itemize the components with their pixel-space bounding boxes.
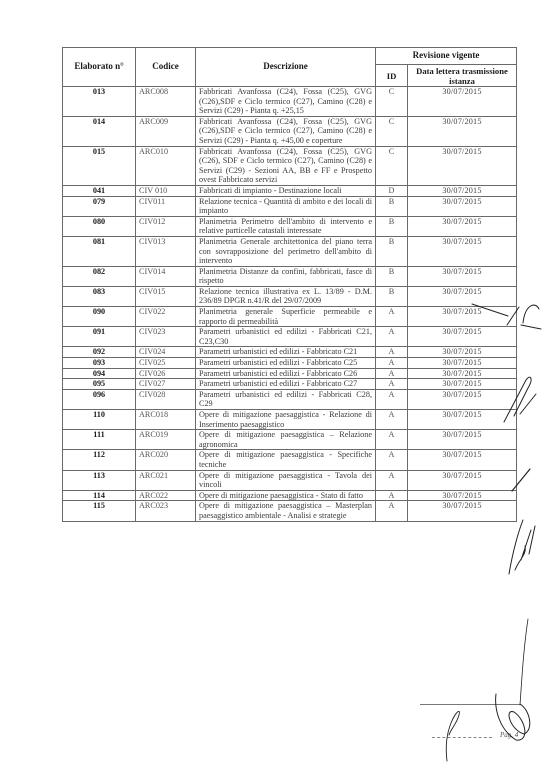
table-row: 083CIV015Relazione tecnica illustrativa … (63, 286, 517, 306)
table-row: 041CIV 010Fabbricati di impianto - Desti… (63, 185, 517, 196)
cell-codice: ARC023 (136, 501, 196, 521)
header-elaborato: Elaborato n° (63, 48, 136, 87)
cell-codice: CIV011 (136, 196, 196, 216)
margin-initials-1 (505, 295, 542, 335)
cell-codice: CIV015 (136, 286, 196, 306)
table-row: 110ARC018Opere di mitigazione paesaggist… (63, 410, 517, 430)
cell-revision-id: A (376, 358, 408, 369)
cell-descrizione: Opere di mitigazione paesaggistica – Rel… (196, 430, 376, 450)
cell-elaborato: 013 (63, 87, 136, 117)
cell-codice: ARC010 (136, 146, 196, 185)
cell-elaborato: 014 (63, 116, 136, 146)
cell-descrizione: Parametri urbanistici ed edilizi - Fabbr… (196, 347, 376, 358)
cell-data-lettera: 30/07/2015 (408, 358, 517, 369)
table-row: 013ARC008Fabbricati Avanfossa (C24), Fos… (63, 87, 517, 117)
cell-descrizione: Opere di mitigazione paesaggistica - Sta… (196, 490, 376, 501)
table-row: 113ARC021Opere di mitigazione paesaggist… (63, 470, 517, 490)
cell-codice: CIV012 (136, 216, 196, 236)
cell-elaborato: 082 (63, 266, 136, 286)
cell-revision-id: A (376, 430, 408, 450)
cell-data-lettera: 30/07/2015 (408, 501, 517, 521)
cell-codice: ARC008 (136, 87, 196, 117)
cell-elaborato: 015 (63, 146, 136, 185)
cell-descrizione: Parametri urbanistici ed edilizi - Fabbr… (196, 358, 376, 369)
cell-revision-id: B (376, 216, 408, 236)
cell-elaborato: 083 (63, 286, 136, 306)
cell-elaborato: 092 (63, 347, 136, 358)
cell-descrizione: Fabbricati Avanfossa (C24), Fossa (C25),… (196, 116, 376, 146)
cell-codice: ARC019 (136, 430, 196, 450)
cell-codice: ARC022 (136, 490, 196, 501)
cell-data-lettera: 30/07/2015 (408, 236, 517, 266)
table-body: 013ARC008Fabbricati Avanfossa (C24), Fos… (63, 87, 517, 522)
cell-data-lettera: 30/07/2015 (408, 450, 517, 470)
cell-codice: ARC009 (136, 116, 196, 146)
cell-descrizione: Fabbricati Avanfossa (C24), Fossa (C25),… (196, 146, 376, 185)
margin-signature-2 (500, 370, 540, 430)
cell-revision-id: A (376, 327, 408, 347)
table-row: 080CIV012Planimetria Perimetro dell'ambi… (63, 216, 517, 236)
cell-descrizione: Relazione tecnica - Quantità di ambito e… (196, 196, 376, 216)
cell-revision-id: A (376, 307, 408, 327)
cell-revision-id: A (376, 379, 408, 390)
cell-elaborato: 081 (63, 236, 136, 266)
cell-elaborato: 113 (63, 470, 136, 490)
cell-elaborato: 094 (63, 368, 136, 379)
cell-descrizione: Parametri urbanistici ed edilizi - Fabbr… (196, 389, 376, 409)
cell-revision-id: A (376, 410, 408, 430)
table-row: 093CIV025Parametri urbanistici ed ediliz… (63, 358, 517, 369)
cell-revision-id: A (376, 368, 408, 379)
cell-data-lettera: 30/07/2015 (408, 430, 517, 450)
cell-descrizione: Parametri urbanistici ed edilizi - Fabbr… (196, 379, 376, 390)
table-row: 092CIV024Parametri urbanistici ed ediliz… (63, 347, 517, 358)
cell-descrizione: Opere di mitigazione paesaggistica – Mas… (196, 501, 376, 521)
cell-revision-id: B (376, 286, 408, 306)
cell-elaborato: 093 (63, 358, 136, 369)
header-descrizione: Descrizione (196, 48, 376, 87)
cell-elaborato: 091 (63, 327, 136, 347)
cell-revision-id: B (376, 266, 408, 286)
cell-revision-id: B (376, 236, 408, 266)
cell-elaborato: 112 (63, 450, 136, 470)
cell-codice: CIV026 (136, 368, 196, 379)
table-row: 090CIV022Planimetria generale Superficie… (63, 307, 517, 327)
cell-descrizione: Planimetria Generale architettonica del … (196, 236, 376, 266)
cell-elaborato: 080 (63, 216, 136, 236)
cell-data-lettera: 30/07/2015 (408, 87, 517, 117)
table-row: 014ARC009Fabbricati Avanfossa (C24), Fos… (63, 116, 517, 146)
cell-revision-id: C (376, 146, 408, 185)
cell-elaborato: 111 (63, 430, 136, 450)
cell-elaborato: 114 (63, 490, 136, 501)
cell-data-lettera: 30/07/2015 (408, 146, 517, 185)
cell-revision-id: A (376, 470, 408, 490)
cell-codice: CIV013 (136, 236, 196, 266)
cell-descrizione: Parametri urbanistici ed edilizi - Fabbr… (196, 368, 376, 379)
cell-data-lettera: 30/07/2015 (408, 185, 517, 196)
cell-descrizione: Opere di mitigazione paesaggistica - Spe… (196, 450, 376, 470)
cell-elaborato: 115 (63, 501, 136, 521)
cell-elaborato: 090 (63, 307, 136, 327)
table-row: 114ARC022Opere di mitigazione paesaggist… (63, 490, 517, 501)
cell-elaborato: 041 (63, 185, 136, 196)
table-row: 095CIV027Parametri urbanistici ed ediliz… (63, 379, 517, 390)
table-row: 082CIV014Planimetria Distanze da confini… (63, 266, 517, 286)
cell-elaborato: 110 (63, 410, 136, 430)
cell-data-lettera: 30/07/2015 (408, 347, 517, 358)
cell-revision-id: A (376, 450, 408, 470)
table-row: 081CIV013Planimetria Generale architetto… (63, 236, 517, 266)
cell-codice: CIV023 (136, 327, 196, 347)
header-codice: Codice (136, 48, 196, 87)
cell-descrizione: Opere di mitigazione paesaggistica - Rel… (196, 410, 376, 430)
cell-data-lettera: 30/07/2015 (408, 327, 517, 347)
cell-data-lettera: 30/07/2015 (408, 470, 517, 490)
drawings-revision-table: Elaborato n° Codice Descrizione Revision… (62, 47, 517, 522)
cell-revision-id: A (376, 389, 408, 409)
cell-descrizione: Planimetria generale Superficie permeabi… (196, 307, 376, 327)
header-id: ID (376, 65, 408, 87)
margin-dash-mark (508, 465, 538, 495)
cell-descrizione: Opere di mitigazione paesaggistica - Tav… (196, 470, 376, 490)
header-revisione-vigente: Revisione vigente (376, 48, 517, 65)
table-row: 091CIV023Parametri urbanistici ed ediliz… (63, 327, 517, 347)
footer-initial (435, 705, 465, 765)
cell-codice: CIV028 (136, 389, 196, 409)
cell-codice: CIV014 (136, 266, 196, 286)
table-row: 111ARC019Opere di mitigazione paesaggist… (63, 430, 517, 450)
cell-revision-id: C (376, 87, 408, 117)
arrow-mark (470, 300, 510, 320)
cell-descrizione: Relazione tecnica illustrativa ex L. 13/… (196, 286, 376, 306)
cell-codice: CIV025 (136, 358, 196, 369)
cell-descrizione: Planimetria Perimetro dell'ambito di int… (196, 216, 376, 236)
cell-data-lettera: 30/07/2015 (408, 196, 517, 216)
table-row: 096CIV028Parametri urbanistici ed ediliz… (63, 389, 517, 409)
table-row: 112ARC020Opere di mitigazione paesaggist… (63, 450, 517, 470)
document-page: Elaborato n° Codice Descrizione Revision… (0, 0, 542, 767)
cell-data-lettera: 30/07/2015 (408, 266, 517, 286)
cell-codice: CIV024 (136, 347, 196, 358)
cell-revision-id: A (376, 347, 408, 358)
footer-signature (490, 690, 542, 750)
cell-codice: ARC020 (136, 450, 196, 470)
table-row: 015ARC010Fabbricati Avanfossa (C24), Fos… (63, 146, 517, 185)
cell-codice: CIV027 (136, 379, 196, 390)
cell-codice: CIV 010 (136, 185, 196, 196)
header-data-lettera: Data lettera trasmissione istanza (408, 65, 517, 87)
cell-revision-id: A (376, 490, 408, 501)
table-row: 094CIV026Parametri urbanistici ed ediliz… (63, 368, 517, 379)
cell-elaborato: 096 (63, 389, 136, 409)
cell-revision-id: C (376, 116, 408, 146)
cell-codice: CIV022 (136, 307, 196, 327)
cell-descrizione: Fabbricati di impianto - Destinazione lo… (196, 185, 376, 196)
cell-elaborato: 095 (63, 379, 136, 390)
cell-data-lettera: 30/07/2015 (408, 216, 517, 236)
cell-data-lettera: 30/07/2015 (408, 116, 517, 146)
cell-revision-id: A (376, 501, 408, 521)
cell-revision-id: B (376, 196, 408, 216)
table-row: 115ARC023Opere di mitigazione paesaggist… (63, 501, 517, 521)
table-row: 079CIV011Relazione tecnica - Quantità di… (63, 196, 517, 216)
margin-signature-3 (505, 510, 540, 580)
cell-codice: ARC021 (136, 470, 196, 490)
cell-elaborato: 079 (63, 196, 136, 216)
cell-data-lettera: 30/07/2015 (408, 490, 517, 501)
cell-descrizione: Parametri urbanistici ed edilizi - Fabbr… (196, 327, 376, 347)
cell-revision-id: D (376, 185, 408, 196)
cell-descrizione: Fabbricati Avanfossa (C24), Fossa (C25),… (196, 87, 376, 117)
cell-descrizione: Planimetria Distanze da confini, fabbric… (196, 266, 376, 286)
cell-codice: ARC018 (136, 410, 196, 430)
